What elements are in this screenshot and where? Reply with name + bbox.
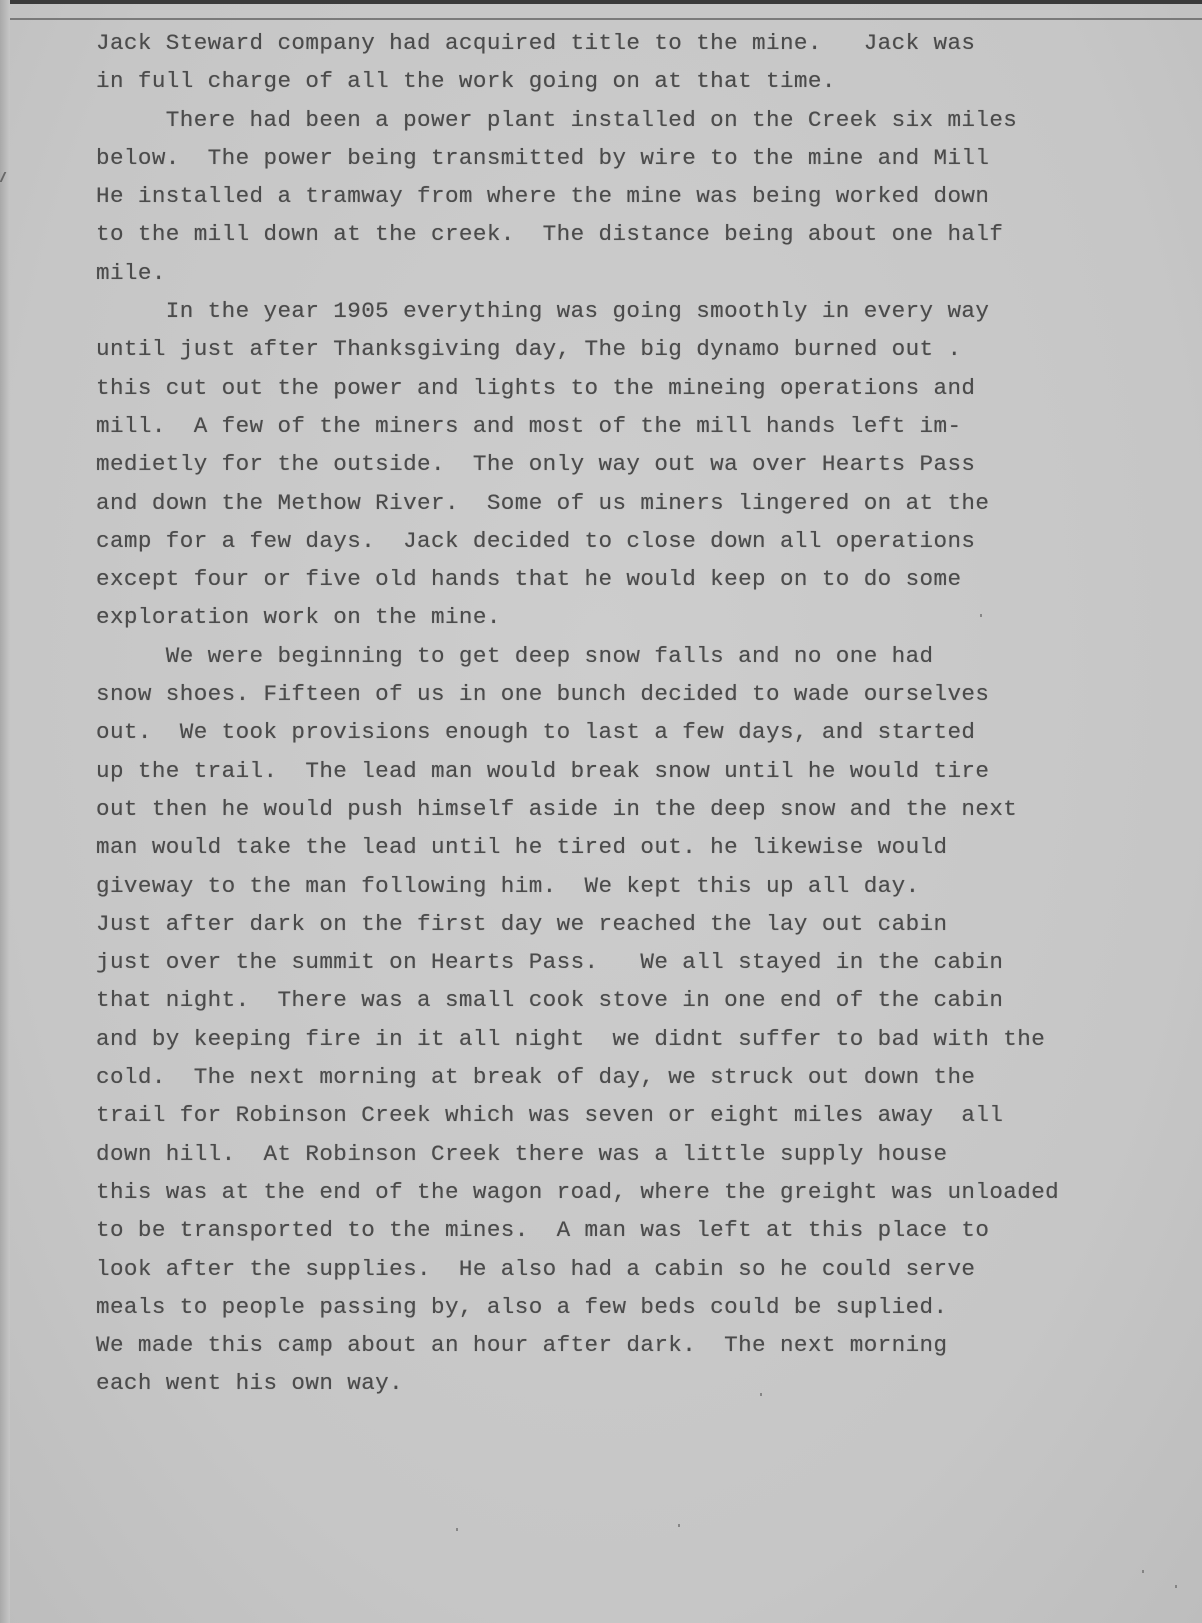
text-line: in full charge of all the work going on … (96, 62, 1176, 100)
text-line: below. The power being transmitted by wi… (96, 139, 1176, 177)
paper-speck (1142, 1570, 1144, 1573)
text-line: to the mill down at the creek. The dista… (96, 215, 1176, 253)
text-line: cold. The next morning at break of day, … (96, 1058, 1176, 1096)
text-line: down hill. At Robinson Creek there was a… (96, 1135, 1176, 1173)
text-line: Just after dark on the first day we reac… (96, 905, 1176, 943)
text-line: meals to people passing by, also a few b… (96, 1288, 1176, 1326)
paper-speck (456, 1528, 458, 1531)
text-line: until just after Thanksgiving day, The b… (96, 330, 1176, 368)
text-line: snow shoes. Fifteen of us in one bunch d… (96, 675, 1176, 713)
text-line: giveway to the man following him. We kep… (96, 867, 1176, 905)
page-top-rule (0, 18, 1202, 20)
text-line: There had been a power plant installed o… (96, 101, 1176, 139)
paper-speck (760, 1393, 762, 1396)
typewritten-text-body: Jack Steward company had acquired title … (96, 24, 1176, 1403)
text-line: look after the supplies. He also had a c… (96, 1250, 1176, 1288)
text-line: exploration work on the mine. (96, 598, 1176, 636)
text-line: each went his own way. (96, 1364, 1176, 1402)
text-line: this cut out the power and lights to the… (96, 369, 1176, 407)
text-line: Jack Steward company had acquired title … (96, 24, 1176, 62)
text-line: man would take the lead until he tired o… (96, 828, 1176, 866)
text-line: that night. There was a small cook stove… (96, 981, 1176, 1019)
text-line: to be transported to the mines. A man wa… (96, 1211, 1176, 1249)
text-line: just over the summit on Hearts Pass. We … (96, 943, 1176, 981)
text-line: We made this camp about an hour after da… (96, 1326, 1176, 1364)
text-line: mile. (96, 254, 1176, 292)
text-line: medietly for the outside. The only way o… (96, 445, 1176, 483)
text-line: camp for a few days. Jack decided to clo… (96, 522, 1176, 560)
scan-top-edge (0, 0, 1202, 4)
text-line: He installed a tramway from where the mi… (96, 177, 1176, 215)
paper-speck (1175, 1585, 1177, 1588)
scan-left-edge (0, 0, 10, 1623)
text-line: and down the Methow River. Some of us mi… (96, 484, 1176, 522)
text-line: We were beginning to get deep snow falls… (96, 637, 1176, 675)
text-line: In the year 1905 everything was going sm… (96, 292, 1176, 330)
text-line: trail for Robinson Creek which was seven… (96, 1096, 1176, 1134)
paper-speck (980, 614, 982, 617)
text-line: this was at the end of the wagon road, w… (96, 1173, 1176, 1211)
text-line: mill. A few of the miners and most of th… (96, 407, 1176, 445)
paper-speck (678, 1524, 680, 1527)
text-line: except four or five old hands that he wo… (96, 560, 1176, 598)
text-line: and by keeping fire in it all night we d… (96, 1020, 1176, 1058)
text-line: out then he would push himself aside in … (96, 790, 1176, 828)
text-line: up the trail. The lead man would break s… (96, 752, 1176, 790)
scanned-page: Jack Steward company had acquired title … (0, 0, 1202, 1623)
text-line: out. We took provisions enough to last a… (96, 713, 1176, 751)
